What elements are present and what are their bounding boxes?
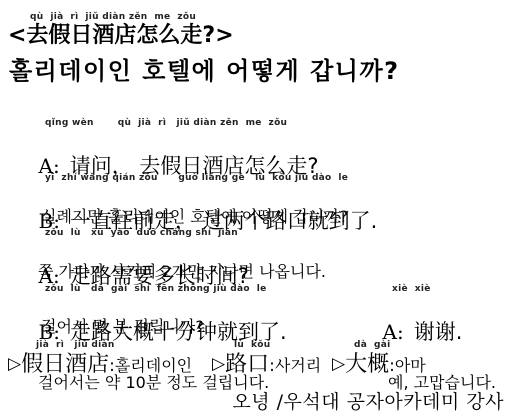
vocab-entry-holiday-inn: jià rì jiǔ diàn ▷假日酒店:홀리데이인 [8, 340, 192, 379]
title-korean: 홀리데이인 호텔에 어떻게 갑니까? [9, 56, 400, 86]
title-chinese: <去假日酒店怎么走?> [8, 23, 234, 49]
vocab-chinese: 假日酒店 [21, 352, 109, 377]
triangle-marker: ▷ [332, 354, 345, 374]
pinyin-annotation: dà gài [354, 340, 426, 351]
pinyin-annotation: qǐng wèn qù jià rì jiǔ diàn zěn me zǒu [45, 118, 348, 129]
triangle-marker: ▷ [8, 354, 21, 374]
title-pinyin-annotation: qù jià rì jiǔ diàn zěn me zǒu [30, 12, 196, 23]
pinyin-annotation: zǒu lù dà gài shí fēn zhōng jiù dào le [45, 284, 287, 295]
pinyin-annotation: jià rì jiǔ diàn [36, 340, 192, 351]
vocab-korean: 아마 [395, 356, 426, 375]
vocab-entry-intersection: lù kǒu ▷路口:사거리 [212, 340, 321, 379]
pinyin-annotation: xiè xiè [392, 284, 496, 295]
vocab-chinese: 大概 [345, 352, 389, 377]
pinyin-annotation: yī zhí wǎng qián zǒu guò liǎng gè lù kǒu… [45, 173, 377, 184]
vocab-korean: 사거리 [275, 356, 321, 375]
pinyin-annotation: zǒu lù xū yào duō cháng shí jiān [45, 228, 249, 239]
pinyin-annotation: lù kǒu [234, 340, 321, 351]
vocab-entry-probably: dà gài ▷大概:아마 [332, 340, 426, 379]
language-lesson-page: qù jià rì jiǔ diàn zěn me zǒu <去假日酒店怎么走?… [0, 0, 516, 415]
triangle-marker: ▷ [212, 354, 225, 374]
author-attribution: 오녕 /우석대 공자아카데미 강사 [232, 387, 504, 414]
vocab-korean: 홀리데이인 [115, 356, 192, 375]
vocab-chinese: 路口 [225, 352, 269, 377]
